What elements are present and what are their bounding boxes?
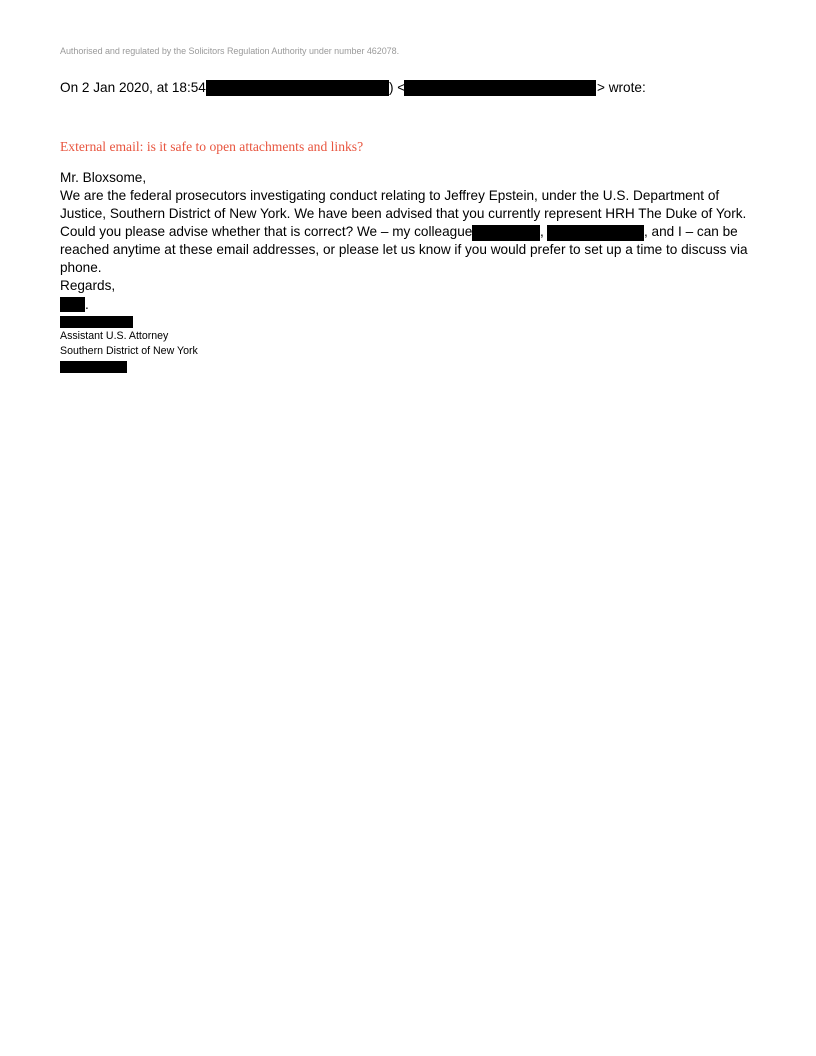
body-line-2: Justice, Southern District of New York. … xyxy=(60,205,760,223)
redacted-colleague-1 xyxy=(472,225,540,241)
redacted-sender-email xyxy=(404,80,596,96)
greeting: Mr. Bloxsome, xyxy=(60,169,760,187)
body-line-3-prefix: Could you please advise whether that is … xyxy=(60,224,479,239)
body-line-1: We are the federal prosecutors investiga… xyxy=(60,187,760,205)
colleague-separator: , xyxy=(540,223,544,241)
redacted-signature-initial xyxy=(60,297,85,312)
signature-office: Southern District of New York xyxy=(60,344,198,359)
body-line-5: phone. xyxy=(60,259,760,277)
redacted-sender-name xyxy=(206,80,389,96)
external-email-warning: External email: is it safe to open attac… xyxy=(60,139,363,155)
signature-title: Assistant U.S. Attorney xyxy=(60,329,168,344)
reply-header-between: ) < xyxy=(389,79,405,97)
regulatory-disclaimer: Authorised and regulated by the Solicito… xyxy=(60,46,399,56)
body-line-4: reached anytime at these email addresses… xyxy=(60,241,760,259)
redacted-signature-name xyxy=(60,316,133,328)
reply-header-prefix: On 2 Jan 2020, at 18:54, xyxy=(60,80,210,95)
redacted-colleague-2 xyxy=(547,225,644,241)
closing: Regards, xyxy=(60,277,760,295)
body-line-3-suffix: , and I – can be xyxy=(644,223,738,241)
reply-header: On 2 Jan 2020, at 18:54, xyxy=(60,79,210,97)
redacted-signature-contact xyxy=(60,361,127,373)
reply-header-suffix: > wrote: xyxy=(597,79,646,97)
signature-initial-suffix: . xyxy=(85,296,89,314)
